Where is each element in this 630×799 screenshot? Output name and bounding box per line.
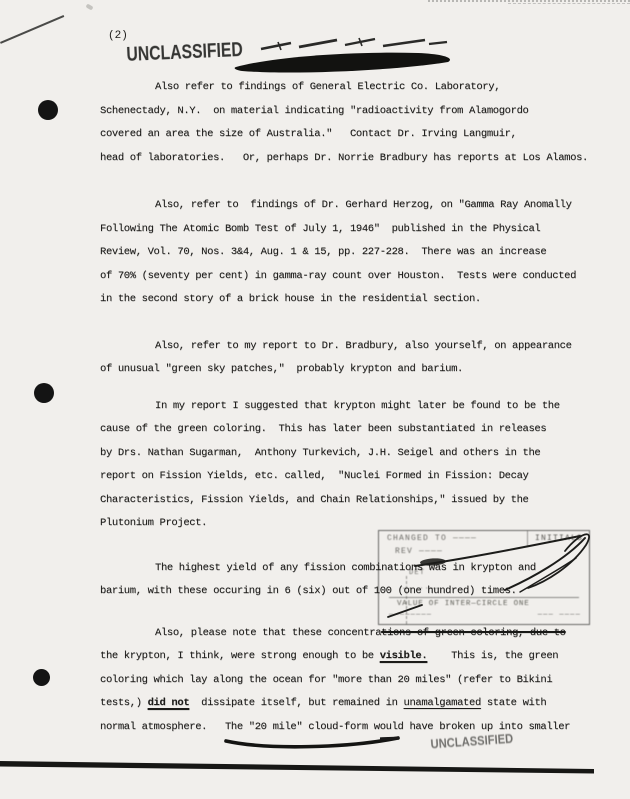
text-line: Review, Vol. 70, Nos. 3&4, Aug. 1 & 15, … [100,241,620,265]
text-segment: Plutonium Project. [100,517,207,529]
text-line: In my report I suggested that krypton mi… [100,395,620,419]
text-segment: Also, refer to findings of Dr. Gerhard H… [155,199,572,211]
text-segment: the krypton, I think, were strong enough… [100,650,380,662]
text-line: of 70% (seventy per cent) in gamma-ray c… [100,265,620,289]
paragraph: Also, refer to my report to Dr. Bradbury… [100,335,620,382]
text-segment: Schenectady, N.Y. on material indicating… [100,105,528,117]
text-segment: in the second story of a brick house in … [100,293,481,305]
text-segment: state with [481,697,546,709]
text-line: covered an area the size of Australia." … [100,123,620,147]
text-line: Also, refer to my report to Dr. Bradbury… [100,335,620,359]
scan-artifact-diagonal-line [0,15,64,44]
pen-swoosh-underline [222,730,407,754]
text-segment: tests,) [100,697,148,709]
punch-hole-icon [34,383,54,403]
text-line: of unusual "green sky patches," probably… [100,358,620,382]
paragraph: Also refer to findings of General Electr… [100,76,620,170]
text-line: the krypton, I think, were strong enough… [100,645,620,669]
text-segment: coloring which lay along the ocean for "… [100,674,552,686]
text-line: tests,) did not dissipate itself, but re… [100,692,620,716]
scan-artifact-top-edge-text-2 [508,3,630,4]
text-line: head of laboratories. Or, perhaps Dr. No… [100,147,620,171]
scanned-document-page: (2) UNCLASSIFIED CHANGED TO ———— INITIAL… [0,0,630,799]
text-segment: of unusual "green sky patches," probably… [100,363,463,375]
text-segment: Review, Vol. 70, Nos. 3&4, Aug. 1 & 15, … [100,246,546,258]
text-segment: Characteristics, Fission Yields, and Cha… [100,494,528,506]
text-line: in the second story of a brick house in … [100,288,620,312]
text-segment: did not [148,697,190,709]
scan-artifact-speck [85,4,93,11]
text-segment: Following The Atomic Bomb Test of July 1… [100,223,540,235]
paragraph: Also, refer to findings of Dr. Gerhard H… [100,194,620,312]
page-number: (2) [108,30,128,42]
text-segment: report on Fission Yields, etc. called, "… [100,470,528,482]
text-line: cause of the green coloring. This has la… [100,418,620,442]
punch-hole-icon [33,669,50,686]
text-line: Also, refer to findings of Dr. Gerhard H… [100,194,620,218]
unclassified-stamp-top: UNCLASSIFIED [126,39,243,67]
text-segment: dissipate itself, but remained in [189,697,403,709]
scan-artifact-bottom-line [0,755,630,785]
text-line: coloring which lay along the ocean for "… [100,669,620,693]
ink-redaction-scribble [233,36,461,80]
text-segment: In my report I suggested that krypton mi… [155,400,560,412]
text-segment: by Drs. Nathan Sugarman, Anthony Turkevi… [100,447,540,459]
text-segment: head of laboratories. Or, perhaps Dr. No… [100,152,588,164]
text-line: report on Fission Yields, etc. called, "… [100,465,620,489]
document-body: Also refer to findings of General Electr… [100,76,620,739]
text-line: by Drs. Nathan Sugarman, Anthony Turkevi… [100,442,620,466]
text-line: Schenectady, N.Y. on material indicating… [100,100,620,124]
text-segment: Also, please note that these concentra [155,627,381,639]
text-segment: covered an area the size of Australia." … [100,128,517,140]
text-segment: Also, refer to my report to Dr. Bradbury… [155,340,572,352]
text-line: Following The Atomic Bomb Test of July 1… [100,218,620,242]
text-line: Characteristics, Fission Yields, and Cha… [100,489,620,513]
text-segment: unamalgamated [404,697,481,709]
paragraph: Also, please note that these concentrati… [100,622,620,740]
text-segment: Also refer to findings of General Electr… [155,81,500,93]
punch-hole-icon [38,100,58,120]
text-segment: of 70% (seventy per cent) in gamma-ray c… [100,270,576,282]
text-segment: visible. [380,650,428,662]
text-segment: This is, the green [427,650,558,662]
handwritten-signature-scribble [370,525,600,630]
text-segment: cause of the green coloring. This has la… [100,423,546,435]
paragraph: In my report I suggested that krypton mi… [100,395,620,536]
scan-artifact-top-edge-text [428,0,630,2]
